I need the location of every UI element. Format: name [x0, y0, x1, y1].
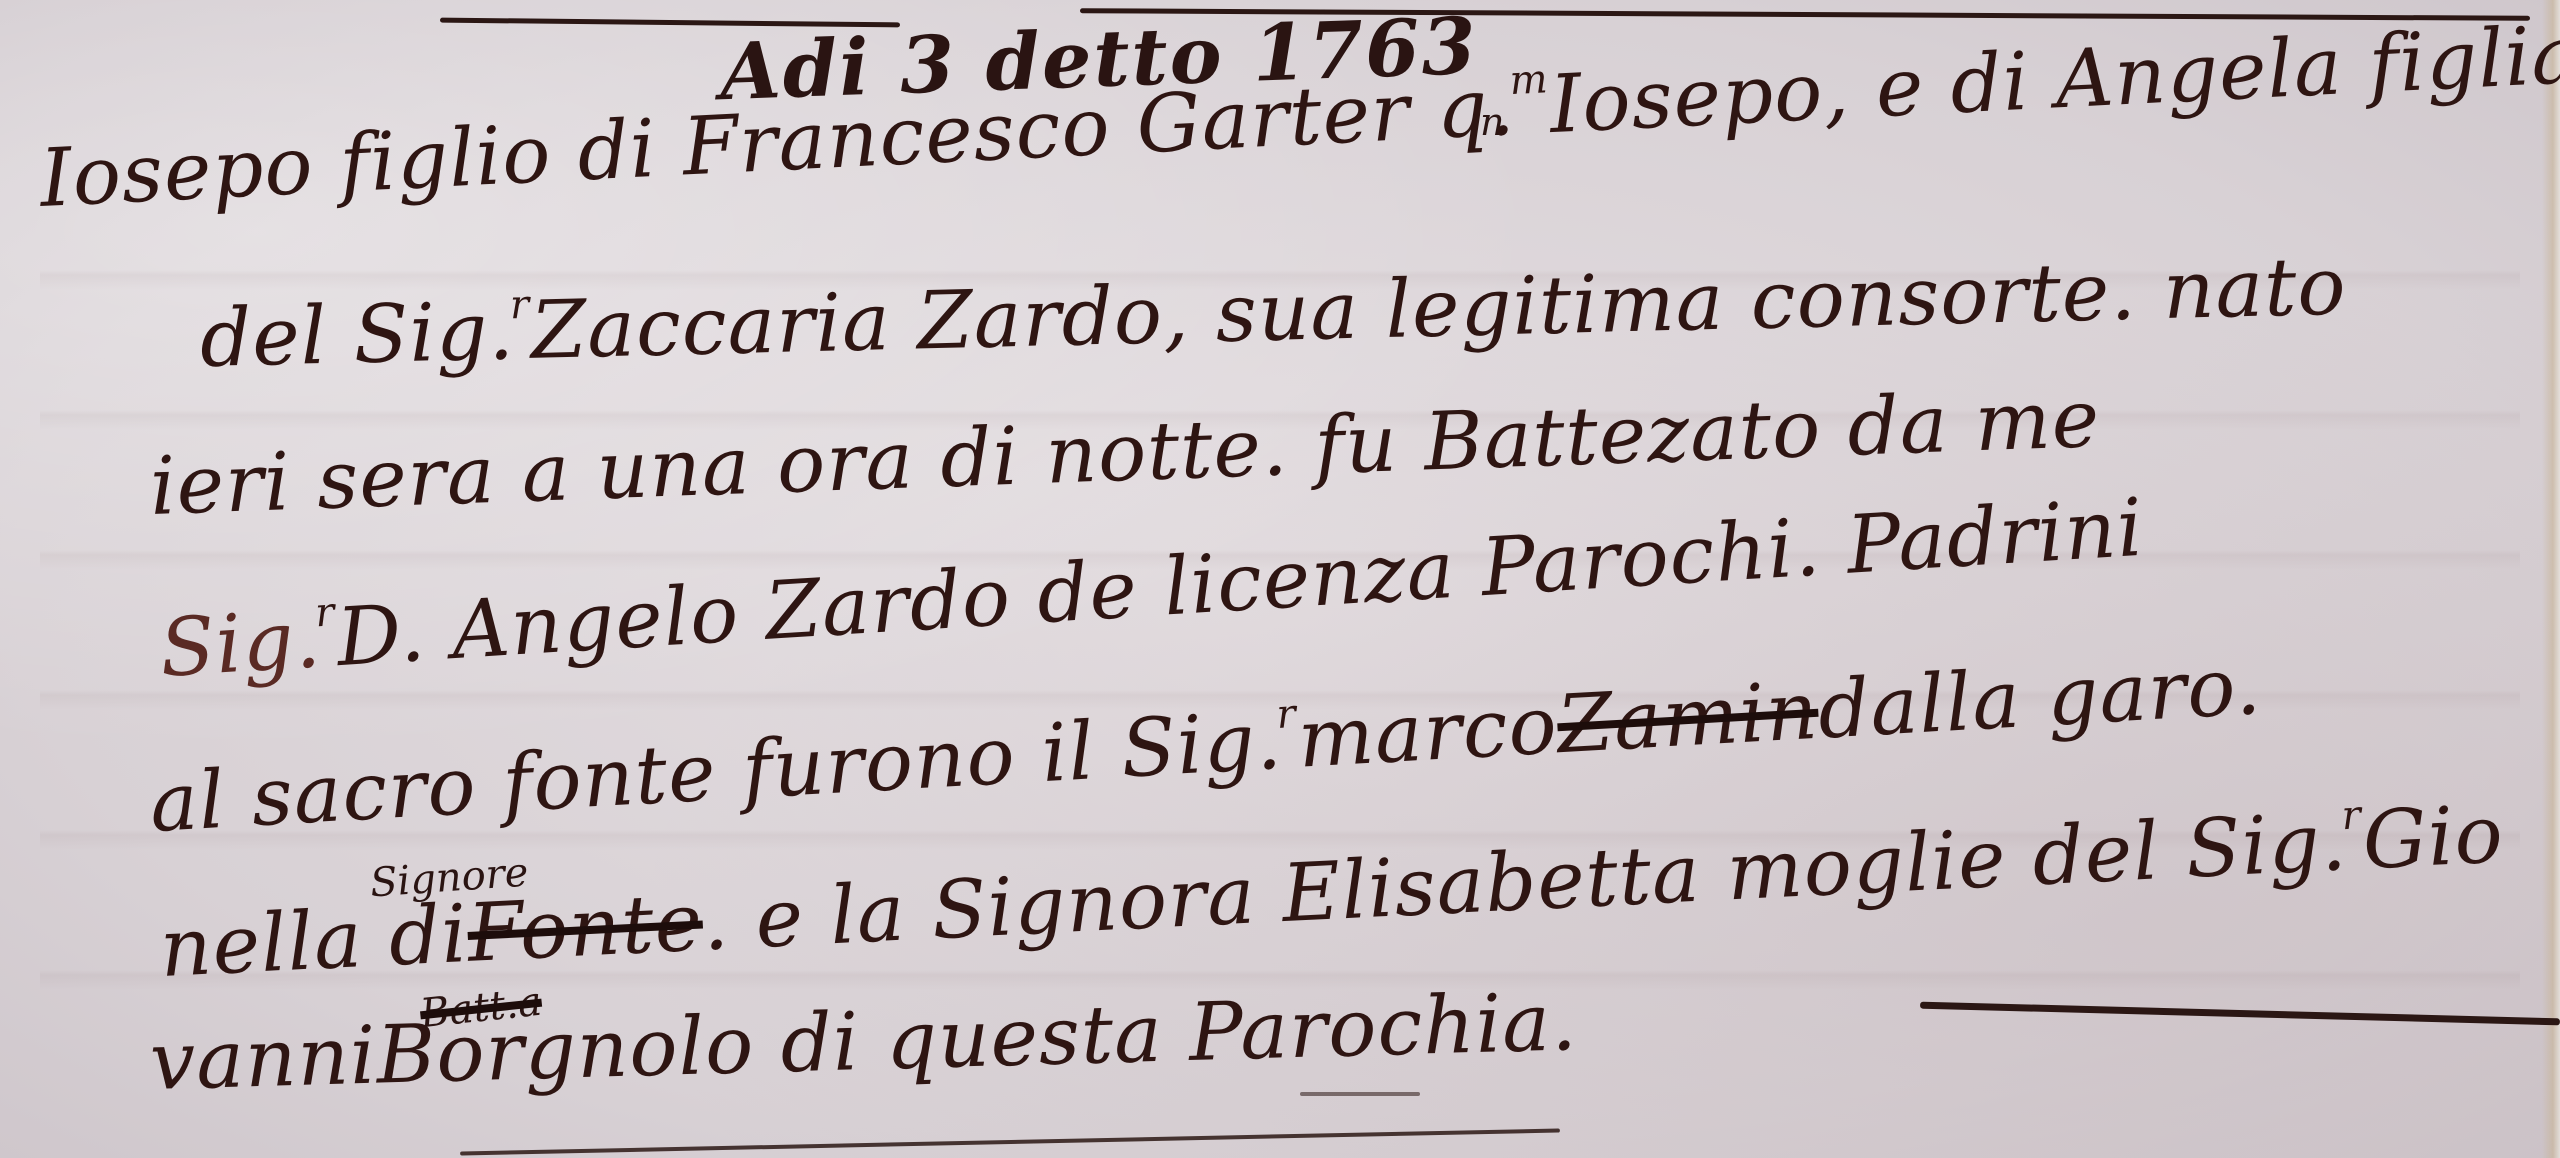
line-text: Iosepo, e di Angela figlia: [1548, 8, 2560, 151]
line-text: del Sig.: [199, 284, 516, 385]
bottom-rule-fragment: [1300, 1092, 1420, 1096]
abbrev-superscript: m: [1509, 56, 1550, 104]
bottom-rule: [460, 1128, 1560, 1155]
entry-line-7: vanni Borgnolo di questa Parochia.: [149, 975, 1579, 1108]
closing-flourish: [1920, 1002, 2560, 1026]
line-text: vanni: [149, 1009, 378, 1108]
line-text: marco: [1295, 678, 1560, 785]
entry-line-2: del Sig.r Zaccaria Zardo, sua legitima c…: [199, 238, 2348, 385]
line-text: Borgnolo di questa Parochia.: [375, 975, 1578, 1102]
line-text: nella di: [158, 887, 470, 995]
line-text: dalla garo.: [1816, 639, 2264, 757]
struck-word: Fonte: [465, 876, 705, 980]
register-page: Adi 3 detto 1763 n Iosepo figlio di Fran…: [0, 0, 2560, 1158]
line-text: . e la Signora Elisabetta moglie del Sig…: [700, 795, 2349, 968]
line-text: al sacro fonte furono il Sig.: [147, 694, 1284, 850]
page-edge: [2542, 0, 2560, 1158]
line-text: Sig.: [157, 592, 323, 695]
abbrev-superscript: r: [509, 282, 530, 328]
line-text: Gio: [2361, 787, 2506, 887]
abbrev-superscript: r: [1275, 691, 1298, 738]
struck-word: Zamin: [1555, 664, 1821, 771]
abbrev-superscript: r: [2340, 792, 2362, 839]
line-text: Zaccaria Zardo, sua legitima consorte. n…: [530, 240, 2348, 377]
